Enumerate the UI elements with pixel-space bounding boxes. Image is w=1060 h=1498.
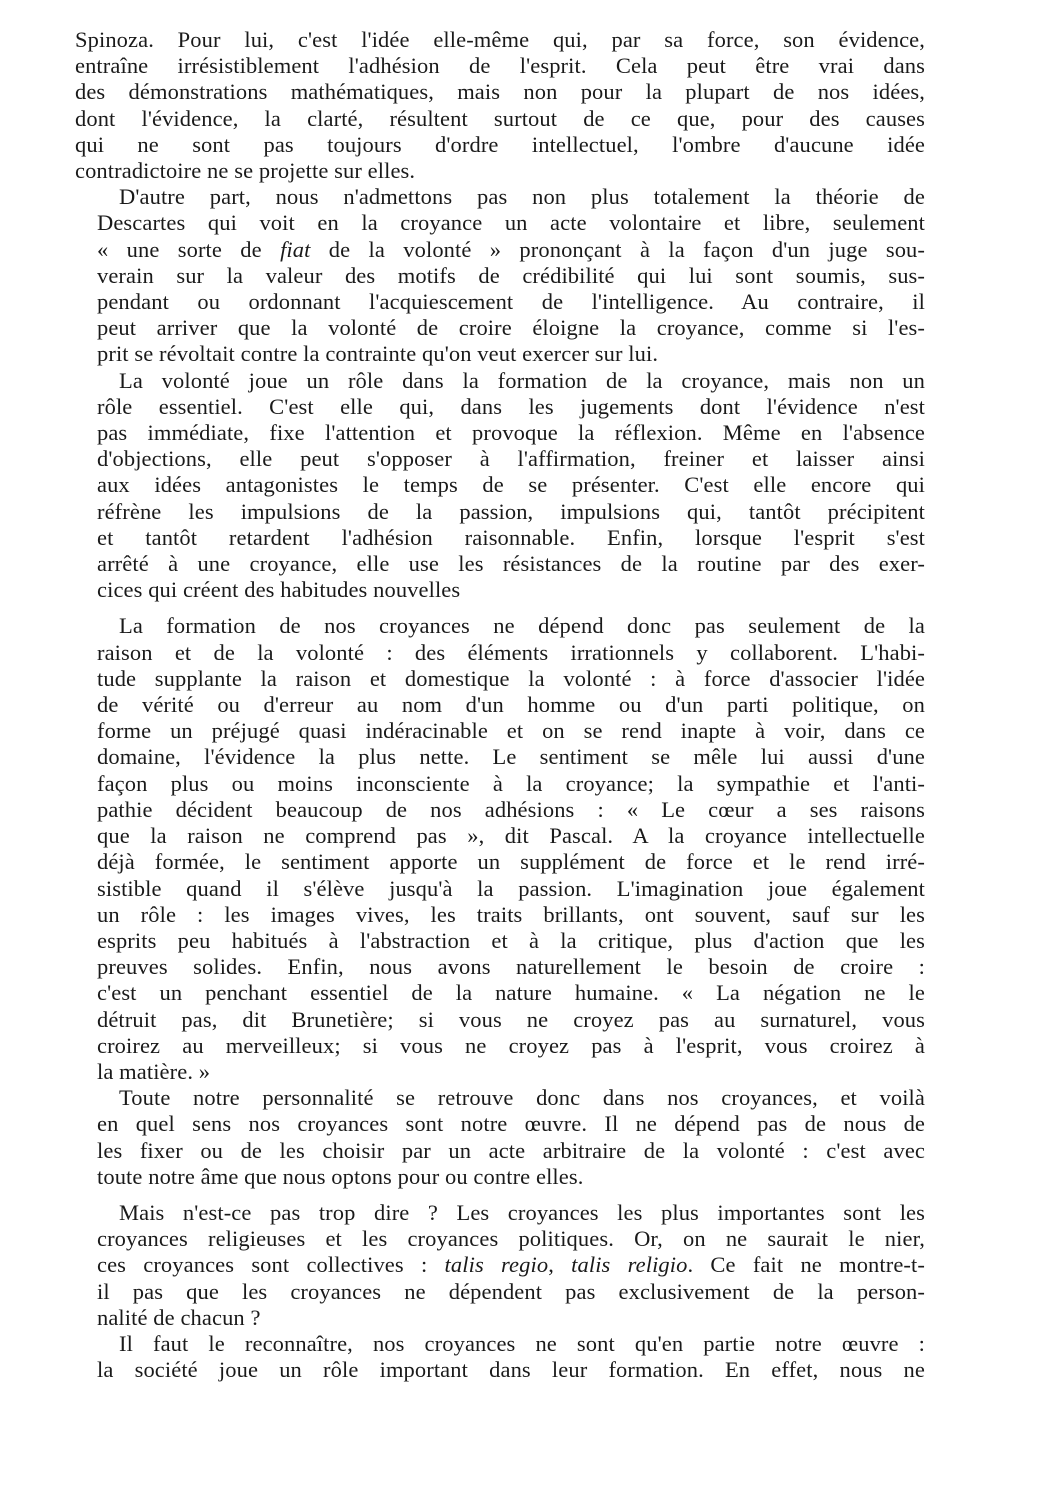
text-line: détruit pas, dit Brunetière; si vous ne … bbox=[75, 1007, 925, 1033]
text-line: La formation de nos croyances ne dépend … bbox=[75, 613, 925, 639]
text-line: déjà formée, le sentiment apporte un sup… bbox=[75, 849, 925, 875]
text-line: rôle essentiel. C'est elle qui, dans les… bbox=[75, 394, 925, 420]
paragraph-spinoza: Spinoza. Pour lui, c'est l'idée elle-mêm… bbox=[75, 27, 925, 184]
text-line: entraîne irrésistiblement l'adhésion de … bbox=[75, 53, 925, 79]
text-line: il pas que les croyances ne dépendent pa… bbox=[75, 1279, 925, 1305]
paragraph-societe: Il faut le reconnaître, nos croyances ne… bbox=[75, 1331, 925, 1383]
paragraph-objection: Mais n'est-ce pas trop dire ? Les croyan… bbox=[75, 1200, 925, 1331]
text-line: domaine, l'évidence la plus nette. Le se… bbox=[75, 744, 925, 770]
text-line: verain sur la valeur des motifs de crédi… bbox=[75, 263, 925, 289]
italic-talis-religio: talis religio bbox=[571, 1252, 687, 1277]
text-line: peut arriver que la volonté de croire él… bbox=[75, 315, 925, 341]
text-line-talis: ces croyances sont collectives : talis r… bbox=[75, 1252, 925, 1278]
text-line: D'autre part, nous n'admettons pas non p… bbox=[75, 184, 925, 210]
text-line: Spinoza. Pour lui, c'est l'idée elle-mêm… bbox=[75, 27, 925, 53]
text-line: Mais n'est-ce pas trop dire ? Les croyan… bbox=[75, 1200, 925, 1226]
text-line: la société joue un rôle important dans l… bbox=[75, 1357, 925, 1383]
text-line: croyances religieuses et les croyances p… bbox=[75, 1226, 925, 1252]
text-run: . Ce fait ne montre-t- bbox=[687, 1252, 925, 1277]
text-line: prit se révoltait contre la contrainte q… bbox=[75, 341, 925, 367]
text-line: la matière. » bbox=[75, 1059, 925, 1085]
document-page: Spinoza. Pour lui, c'est l'idée elle-mêm… bbox=[75, 27, 925, 1383]
text-line-fiat: « une sorte de fiat de la volonté » pron… bbox=[75, 237, 925, 263]
text-line: raison et de la volonté : des éléments i… bbox=[75, 640, 925, 666]
text-line: preuves solides. Enfin, nous avons natur… bbox=[75, 954, 925, 980]
text-line: dont l'évidence, la clarté, résultent su… bbox=[75, 106, 925, 132]
text-line: Il faut le reconnaître, nos croyances ne… bbox=[75, 1331, 925, 1357]
text-line: façon plus ou moins inconsciente à la cr… bbox=[75, 771, 925, 797]
text-line: esprits peu habitués à l'abstraction et … bbox=[75, 928, 925, 954]
text-line: des démonstrations mathématiques, mais n… bbox=[75, 79, 925, 105]
paragraph-personnalite: Toute notre personnalité se retrouve don… bbox=[75, 1085, 925, 1190]
text-line: de vérité ou d'erreur au nom d'un homme … bbox=[75, 692, 925, 718]
paragraph-gap bbox=[75, 1190, 925, 1200]
text-line: réfrène les impulsions de la passion, im… bbox=[75, 499, 925, 525]
text-line: toute notre âme que nous optons pour ou … bbox=[75, 1164, 925, 1190]
text-line: Descartes qui voit en la croyance un act… bbox=[75, 210, 925, 236]
text-line: sistible quand il s'élève jusqu'à la pas… bbox=[75, 876, 925, 902]
text-line: contradictoire ne se projette sur elles. bbox=[75, 158, 925, 184]
text-line: nalité de chacun ? bbox=[75, 1305, 925, 1331]
text-run: ces croyances sont collectives : bbox=[97, 1252, 445, 1277]
text-line: que la raison ne comprend pas », dit Pas… bbox=[75, 823, 925, 849]
text-line: tude supplante la raison et domestique l… bbox=[75, 666, 925, 692]
text-line: en quel sens nos croyances sont notre œu… bbox=[75, 1111, 925, 1137]
text-line: cices qui créent des habitudes nouvelles bbox=[75, 577, 925, 603]
italic-talis-regio: talis regio bbox=[445, 1252, 549, 1277]
text-line: d'objections, elle peut s'opposer à l'af… bbox=[75, 446, 925, 472]
text-run: , bbox=[548, 1252, 571, 1277]
italic-fiat: fiat bbox=[280, 237, 310, 262]
text-line: La volonté joue un rôle dans la formatio… bbox=[75, 368, 925, 394]
paragraph-gap bbox=[75, 603, 925, 613]
text-line: Toute notre personnalité se retrouve don… bbox=[75, 1085, 925, 1111]
text-run: « une sorte de bbox=[97, 237, 280, 262]
text-line: croirez au merveilleux; si vous ne croye… bbox=[75, 1033, 925, 1059]
paragraph-formation: La formation de nos croyances ne dépend … bbox=[75, 613, 925, 1085]
text-line: qui ne sont pas toujours d'ordre intelle… bbox=[75, 132, 925, 158]
paragraph-volonte: La volonté joue un rôle dans la formatio… bbox=[75, 368, 925, 604]
text-line: les fixer ou de les choisir par un acte … bbox=[75, 1138, 925, 1164]
text-run: de la volonté » prononçant à la façon d'… bbox=[310, 237, 925, 262]
text-line: pendant ou ordonnant l'acquiescement de … bbox=[75, 289, 925, 315]
text-line: c'est un penchant essentiel de la nature… bbox=[75, 980, 925, 1006]
text-line: pathie décident beaucoup de nos adhésion… bbox=[75, 797, 925, 823]
text-line: arrêté à une croyance, elle use les rési… bbox=[75, 551, 925, 577]
paragraph-descartes: D'autre part, nous n'admettons pas non p… bbox=[75, 184, 925, 367]
text-line: forme un préjugé quasi indéracinable et … bbox=[75, 718, 925, 744]
text-line: aux idées antagonistes le temps de se pr… bbox=[75, 472, 925, 498]
text-line: un rôle : les images vives, les traits b… bbox=[75, 902, 925, 928]
text-line: et tantôt retardent l'adhésion raisonnab… bbox=[75, 525, 925, 551]
text-line: pas immédiate, fixe l'attention et provo… bbox=[75, 420, 925, 446]
